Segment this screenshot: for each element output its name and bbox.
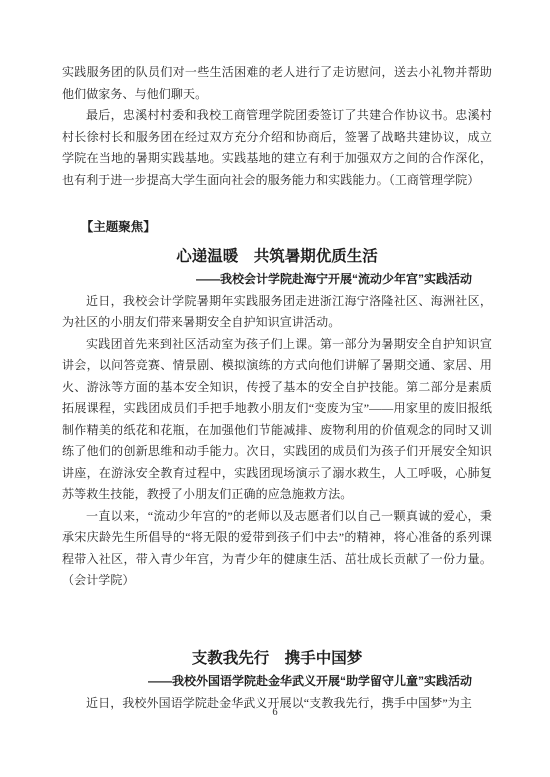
- page-content: 实践服务团的队员们对一些生活困难的老人进行了走访慰问，送去小礼物并帮助他们做家务…: [0, 0, 550, 714]
- article2-subtitle: ——我校外国语学院赴金华武义开展“助学留守儿童”实践活动: [62, 672, 492, 690]
- article2-title: 支教我先行 携手中国梦: [62, 648, 492, 670]
- article1-paragraph-1: 近日，我校会计学院暑期年实践服务团走进浙江海宁洛隆社区、海洲社区，为社区的小朋友…: [62, 291, 492, 334]
- intro-paragraph-conclusion: 最后，忠溪村村委和我校工商管理学院团委签订了共建合作协议书。忠溪村村长徐村长和服…: [62, 105, 492, 191]
- page-number: 6: [0, 707, 550, 718]
- section-label: 【主题聚焦】: [62, 217, 492, 239]
- document-page: 实践服务团的队员们对一些生活困难的老人进行了走访慰问，送去小礼物并帮助他们做家务…: [0, 0, 550, 777]
- intro-paragraph-continued: 实践服务团的队员们对一些生活困难的老人进行了走访慰问，送去小礼物并帮助他们做家务…: [62, 62, 492, 105]
- article1-title: 心递温暖 共筑暑期优质生活: [62, 246, 492, 268]
- article1-paragraph-3: 一直以来，“流动少年宫的”的老师以及志愿者们以自己一颗真诚的爱心，秉承宋庆龄先生…: [62, 506, 492, 592]
- article1-paragraph-2: 实践团首先来到社区活动室为孩子们上课。第一部分为暑期安全自护知识宣讲会，以问答竞…: [62, 334, 492, 506]
- article1-subtitle: ——我校会计学院赴海宁开展“流动少年宫”实践活动: [62, 270, 492, 288]
